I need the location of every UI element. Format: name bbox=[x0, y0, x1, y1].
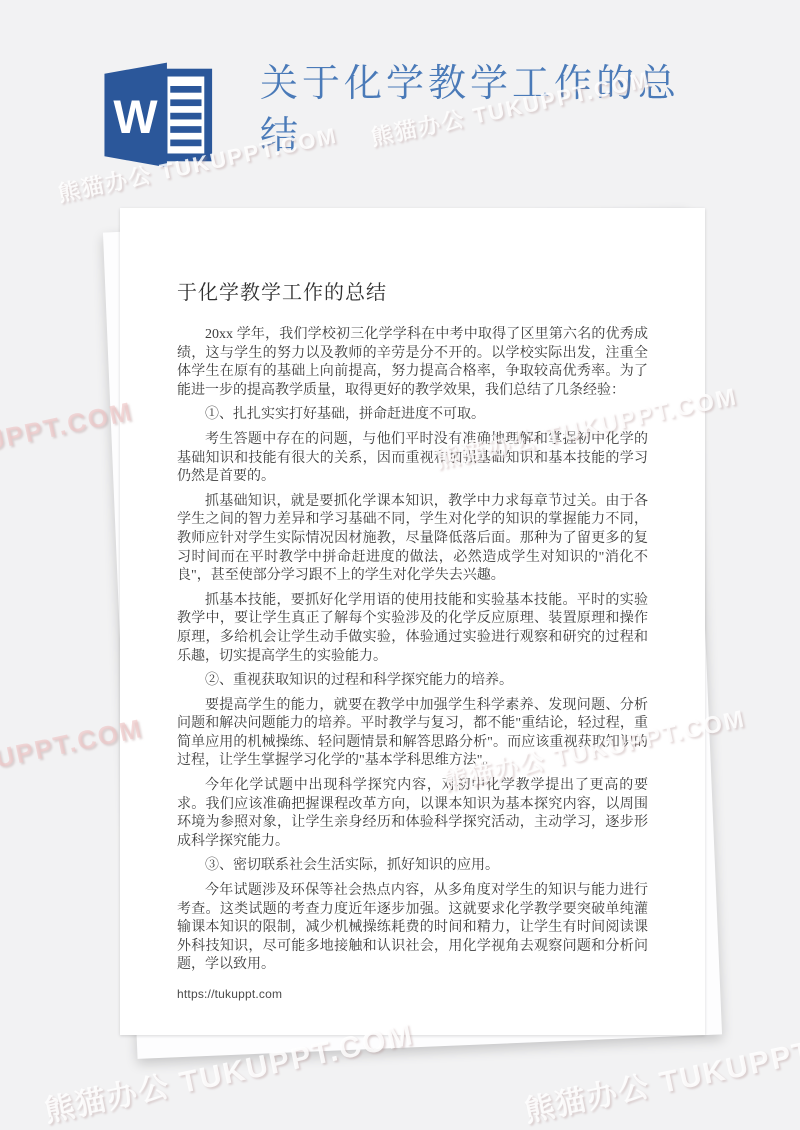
document-body: 20xx 学年，我们学校初三化学学科在中考中取得了区里第六名的优秀成绩，这与学生… bbox=[177, 326, 648, 975]
paragraph: 要提高学生的能力，就要在教学中加强学生科学素养、发现问题、分析问题和解决问题能力… bbox=[177, 697, 648, 771]
word-icon-letter: W bbox=[113, 91, 158, 143]
document-heading: 于化学教学工作的总结 bbox=[177, 280, 648, 306]
paragraph-item-2: ②、重视获取知识的过程和科学探究能力的培养。 bbox=[177, 672, 648, 691]
paragraph: 抓基础知识，就是要抓化学课本知识，教学中力求每章节过关。由于各学生之间的智力差异… bbox=[177, 493, 648, 586]
word-icon: W bbox=[100, 58, 216, 172]
paragraph: 考生答题中存在的问题，与他们平时没有准确地理解和掌握初中化学的基础知识和技能有很… bbox=[177, 431, 648, 487]
footer-link[interactable]: https://tukuppt.com bbox=[177, 987, 282, 1001]
paragraph-item-1: ①、扎扎实实打好基础，拼命赶进度不可取。 bbox=[177, 406, 648, 425]
document-sheet: 于化学教学工作的总结 20xx 学年，我们学校初三化学学科在中考中取得了区里第六… bbox=[120, 208, 705, 1035]
page-title: 关于化学教学工作的总结 bbox=[260, 58, 706, 162]
paragraph: 抓基本技能，要抓好化学用语的使用技能和实验基本技能。平时的实验教学中，要让学生真… bbox=[177, 592, 648, 666]
paragraph: 今年试题涉及环保等社会热点内容，从多角度对学生的知识与能力进行考查。这类试题的考… bbox=[177, 882, 648, 975]
paragraph: 20xx 学年，我们学校初三化学学科在中考中取得了区里第六名的优秀成绩，这与学生… bbox=[177, 326, 648, 400]
header: W 关于化学教学工作的总结 bbox=[0, 0, 800, 200]
paragraph: 今年化学试题中出现科学探究内容，对初中化学教学提出了更高的要求。我们应该准确把握… bbox=[177, 777, 648, 851]
paragraph-item-3: ③、密切联系社会生活实际，抓好知识的应用。 bbox=[177, 857, 648, 876]
preview-page: 熊猫办公 TUKUPPT.COM 熊猫办公 TUKUPPT.COM 熊猫办公 T… bbox=[0, 0, 800, 1130]
